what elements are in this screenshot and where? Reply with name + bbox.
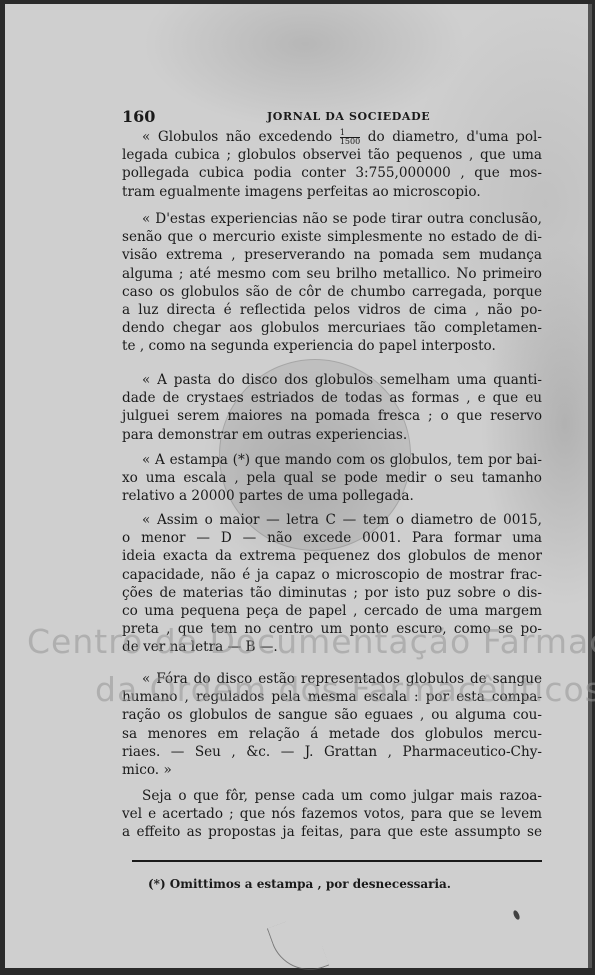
text-segment: « Globulos não excedendo [142, 129, 332, 145]
paper-crack [267, 913, 329, 975]
text-line: « Assim o maior — letra C — tem o diamet… [122, 511, 542, 529]
text-line: capacidade, não é ja capaz o microscopio… [122, 566, 542, 584]
footnote: (*) Omittimos a estampa , por desnecessa… [148, 877, 451, 891]
paragraph-4: « A estampa (*) que mando com os globulo… [122, 451, 542, 506]
paragraph-6: « Fóra do disco estão representados glob… [122, 670, 542, 779]
paragraph-2: « D'estas experiencias não se pode tirar… [122, 210, 542, 356]
fraction: 1 1500 [340, 129, 360, 146]
text-line: « Globulos não excedendo 1 1500 do diame… [122, 128, 542, 146]
text-line: legada cubica ; globulos observei tão pe… [122, 146, 542, 164]
text-line: ideia exacta da extrema pequenez dos glo… [122, 547, 542, 565]
text-line: « A estampa (*) que mando com os globulo… [122, 451, 542, 469]
text-line: ções de materias tão diminutas ; por ist… [122, 584, 542, 602]
ink-spot [512, 909, 521, 920]
text-line: tram egualmente imagens perfeitas ao mic… [122, 183, 542, 201]
running-title: JORNAL DA SOCIEDADE [267, 110, 430, 123]
text-line: sa menores em relação á metade dos globu… [122, 725, 542, 743]
page-header: 160 JORNAL DA SOCIEDADE [122, 107, 542, 127]
text-line: dade de crystaes estriados de todas as f… [122, 389, 542, 407]
scanned-page: 160 JORNAL DA SOCIEDADE « Globulos não e… [5, 4, 592, 968]
text-line: pollegada cubica podia conter 3:755,0000… [122, 164, 542, 182]
text-line: co uma pequena peça de papel , cercado d… [122, 602, 542, 620]
text-line: julguei serem maiores na pomada fresca ;… [122, 407, 542, 425]
text-line: a effeito as propostas ja feitas, para q… [122, 823, 542, 841]
text-line: senão que o mercurio existe simplesmente… [122, 228, 542, 246]
text-line: « D'estas experiencias não se pode tirar… [122, 210, 542, 228]
text-line: « A pasta do disco dos globulos semelham… [122, 371, 542, 389]
text-line: te , como na segunda experiencia do pape… [122, 337, 542, 355]
paragraph-7: Seja o que fôr, pense cada um como julga… [122, 787, 542, 842]
text-line: de ver na letra — B —. [122, 638, 542, 656]
text-line: a luz directa é reflectida pelos vidros … [122, 301, 542, 319]
text-line: relativo a 20000 partes de uma pollegada… [122, 487, 542, 505]
text-line: preta , que tem no centro um ponto escur… [122, 620, 542, 638]
paragraph-3: « A pasta do disco dos globulos semelham… [122, 371, 542, 444]
text-line: para demonstrar em outras experiencias. [122, 426, 542, 444]
footnote-divider [132, 860, 542, 862]
paragraph-1: « Globulos não excedendo 1 1500 do diame… [122, 128, 542, 201]
text-line: riaes. — Seu , &c. — J. Grattan , Pharma… [122, 743, 542, 761]
text-line: xo uma escala , pela qual se pode medir … [122, 469, 542, 487]
text-line: caso os globulos são de côr de chumbo ca… [122, 283, 542, 301]
text-segment: do diametro, d'uma pol- [368, 129, 542, 145]
fraction-denominator: 1500 [340, 137, 360, 146]
paragraph-5: « Assim o maior — letra C — tem o diamet… [122, 511, 542, 657]
text-line: alguma ; até mesmo com seu brilho metall… [122, 265, 542, 283]
text-line: dendo chegar aos globulos mercuriaes tão… [122, 319, 542, 337]
text-line: « Fóra do disco estão representados glob… [122, 670, 542, 688]
text-line: vel e acertado ; que nós fazemos votos, … [122, 805, 542, 823]
text-line: ração os globulos de sangue são eguaes ,… [122, 706, 542, 724]
page-number: 160 [122, 107, 155, 126]
text-line: mico. » [122, 761, 542, 779]
text-line: o menor — D — não excede 0001. Para form… [122, 529, 542, 547]
text-line: humano , regulados pela mesma escala : p… [122, 688, 542, 706]
text-line: visão extrema , preserverando na pomada … [122, 246, 542, 264]
text-line: Seja o que fôr, pense cada um como julga… [122, 787, 542, 805]
